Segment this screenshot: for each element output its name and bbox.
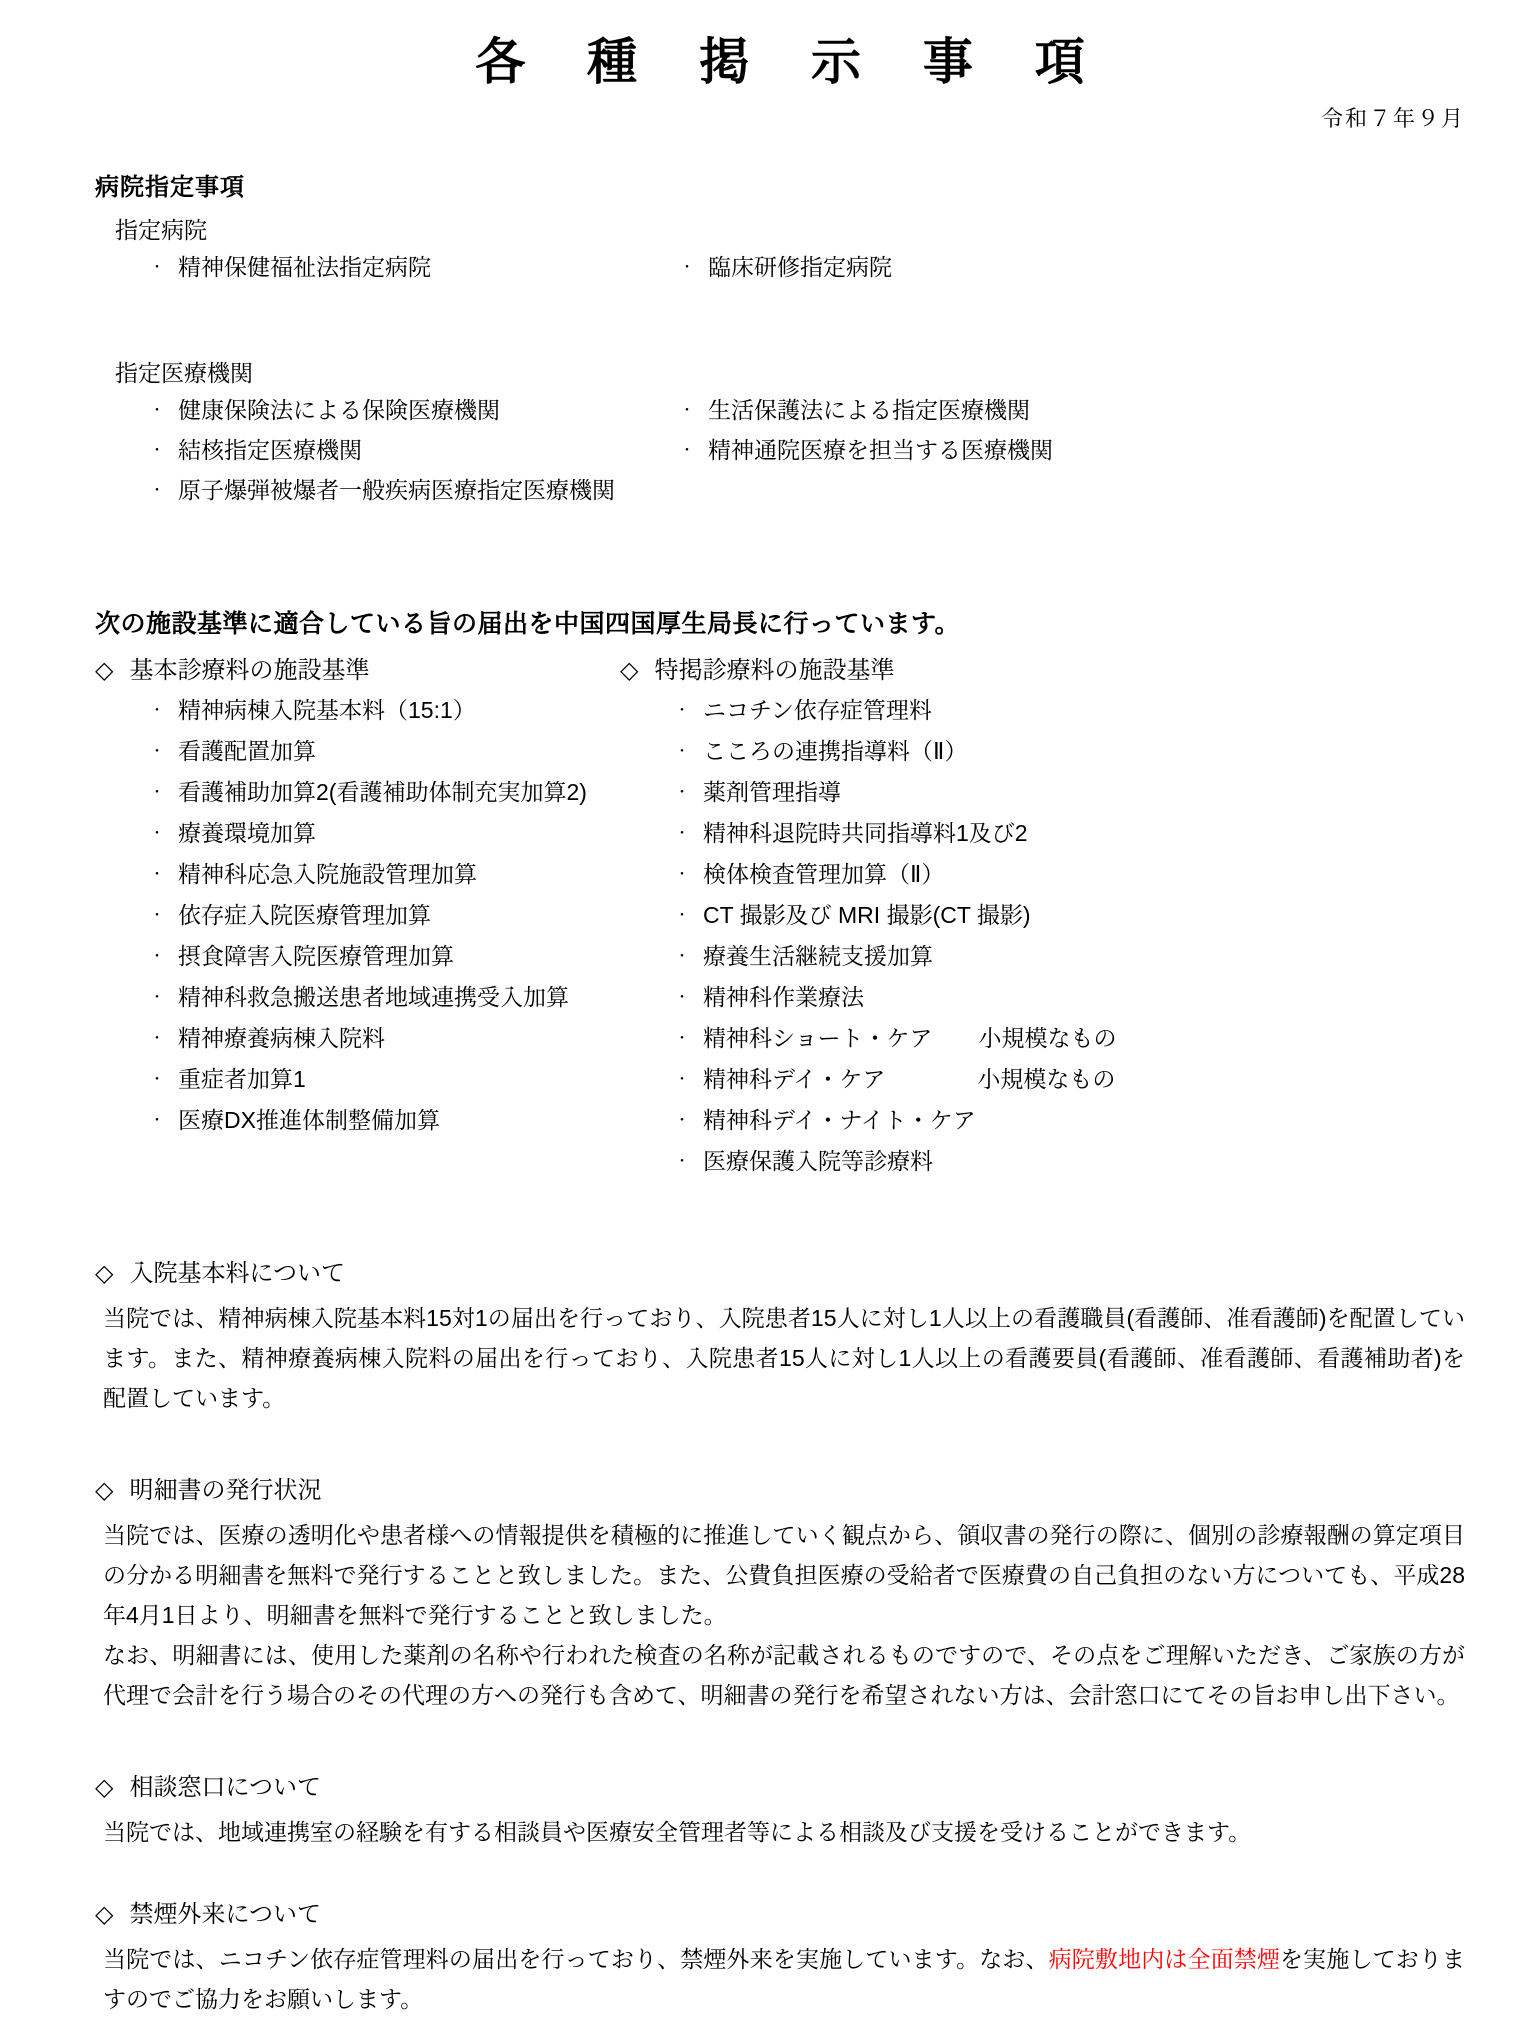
bullet-icon: ・ bbox=[680, 432, 694, 469]
bullet-icon: ・ bbox=[675, 691, 689, 729]
list-item-label: 療養生活継続支援加算 bbox=[703, 937, 933, 975]
no-smoking-heading: ◇ 禁煙外来について bbox=[95, 1894, 1465, 1929]
list-item-label: 薬剤管理指導 bbox=[703, 773, 841, 811]
bullet-icon: ・ bbox=[150, 691, 164, 729]
bullet-icon: ・ bbox=[675, 1019, 689, 1057]
list-item: ・ 原子爆弾被爆者一般疾病医療指定医療機関 bbox=[133, 472, 663, 512]
list-item: ・ 精神保健福祉法指定病院 bbox=[133, 249, 663, 289]
list-item-label: 精神科退院時共同指導料1及び2 bbox=[703, 814, 1028, 852]
no-smoking-body-highlight: 病院敷地内は全面禁煙 bbox=[1049, 1946, 1280, 1972]
bullet-icon: ・ bbox=[675, 1060, 689, 1098]
bullet-icon: ・ bbox=[150, 472, 164, 509]
consultation-desk-body: 当院では、地域連携室の経験を有する相談員や医療安全管理者等による相談及び支援を受… bbox=[95, 1812, 1465, 1852]
basic-standards-heading: ◇ 基本診療料の施設基準 bbox=[95, 650, 620, 685]
no-smoking-heading-label: 禁煙外来について bbox=[129, 1894, 321, 1929]
document-title: 各 種 掲 示 事 項 bbox=[95, 34, 1465, 92]
receipt-issuance-body-1: 当院では、医療の透明化や患者様への情報提供を積極的に推進していく観点から、領収書… bbox=[95, 1515, 1465, 1635]
list-item-label: 検体検査管理加算（Ⅱ） bbox=[703, 855, 944, 893]
list-item: ・療養環境加算 bbox=[95, 814, 620, 855]
list-item: ・看護配置加算 bbox=[95, 732, 620, 773]
admission-fee-heading: ◇ 入院基本料について bbox=[95, 1253, 1465, 1288]
no-smoking-body: 当院では、ニコチン依存症管理料の届出を行っており、禁煙外来を実施しています。なお… bbox=[95, 1939, 1465, 2019]
list-item: ・精神科作業療法 bbox=[620, 978, 1465, 1019]
document-page: 各 種 掲 示 事 項 令和７年９月 病院指定事項 指定病院 ・ 精神保健福祉法… bbox=[0, 0, 1515, 2039]
list-item-label: 精神科救急搬送患者地域連携受入加算 bbox=[178, 978, 569, 1016]
list-item-label: 精神科作業療法 bbox=[703, 978, 864, 1016]
bullet-icon: ・ bbox=[675, 855, 689, 893]
designated-hospital-left-column: ・ 精神保健福祉法指定病院 bbox=[133, 249, 663, 289]
bullet-icon: ・ bbox=[150, 773, 164, 811]
diamond-icon: ◇ bbox=[620, 656, 638, 685]
list-item: ・依存症入院医療管理加算 bbox=[95, 896, 620, 937]
no-smoking-body-before: 当院では、ニコチン依存症管理料の届出を行っており、禁煙外来を実施しています。なお… bbox=[103, 1946, 1049, 1972]
bullet-icon: ・ bbox=[150, 978, 164, 1016]
list-item-label: 看護補助加算2(看護補助体制充実加算2) bbox=[178, 773, 587, 811]
designated-institution-label: 指定医療機関 bbox=[95, 355, 1465, 388]
list-item: ・ 結核指定医療機関 bbox=[133, 432, 663, 472]
list-item-label: 精神通院医療を担当する医療機関 bbox=[708, 432, 1053, 469]
list-item: ・精神科退院時共同指導料1及び2 bbox=[620, 814, 1465, 855]
list-item-label: 健康保険法による保険医療機関 bbox=[178, 392, 500, 429]
list-item-label: 看護配置加算 bbox=[178, 732, 316, 770]
receipt-issuance-heading: ◇ 明細書の発行状況 bbox=[95, 1470, 1465, 1505]
receipt-issuance-body-2: なお、明細書には、使用した薬剤の名称や行われた検査の名称が記載されるものですので… bbox=[95, 1635, 1465, 1715]
admission-fee-body: 当院では、精神病棟入院基本料15対1の届出を行っており、入院患者15人に対し1人… bbox=[95, 1298, 1465, 1418]
list-item: ・精神科救急搬送患者地域連携受入加算 bbox=[95, 978, 620, 1019]
bullet-icon: ・ bbox=[675, 937, 689, 975]
list-item: ・精神病棟入院基本料（15:1） bbox=[95, 691, 620, 732]
list-item-label: 療養環境加算 bbox=[178, 814, 316, 852]
designated-institution-right-column: ・ 生活保護法による指定医療機関 ・ 精神通院医療を担当する医療機関 bbox=[663, 392, 1465, 472]
special-standards-heading: ◇ 特掲診療料の施設基準 bbox=[620, 650, 1465, 685]
basic-standards-list: ・精神病棟入院基本料（15:1） ・看護配置加算 ・看護補助加算2(看護補助体制… bbox=[95, 691, 620, 1142]
bullet-icon: ・ bbox=[150, 937, 164, 975]
list-item: ・医療保護入院等診療料 bbox=[620, 1142, 1465, 1183]
facility-standards-lists: ・精神病棟入院基本料（15:1） ・看護配置加算 ・看護補助加算2(看護補助体制… bbox=[95, 691, 1465, 1183]
bullet-icon: ・ bbox=[150, 855, 164, 893]
section-consultation-desk: ◇ 相談窓口について 当院では、地域連携室の経験を有する相談員や医療安全管理者等… bbox=[95, 1767, 1465, 1852]
list-item: ・看護補助加算2(看護補助体制充実加算2) bbox=[95, 773, 620, 814]
list-item-label: ニコチン依存症管理料 bbox=[703, 691, 932, 729]
bullet-icon: ・ bbox=[150, 1101, 164, 1139]
list-item: ・精神科デイ・ナイト・ケア bbox=[620, 1101, 1465, 1142]
list-item-label: 精神科デイ・ナイト・ケア bbox=[703, 1101, 976, 1139]
admission-fee-heading-label: 入院基本料について bbox=[129, 1253, 345, 1288]
list-item: ・精神科デイ・ケア 小規模なもの bbox=[620, 1060, 1465, 1101]
list-item-label: 生活保護法による指定医療機関 bbox=[708, 392, 1030, 429]
bullet-icon: ・ bbox=[675, 732, 689, 770]
list-item-label: CT 撮影及び MRI 撮影(CT 撮影) bbox=[703, 896, 1031, 934]
receipt-issuance-heading-label: 明細書の発行状況 bbox=[129, 1470, 321, 1505]
section-admission-fee: ◇ 入院基本料について 当院では、精神病棟入院基本料15対1の届出を行っており、… bbox=[95, 1253, 1465, 1418]
list-item: ・ 健康保険法による保険医療機関 bbox=[133, 392, 663, 432]
list-item: ・精神科ショート・ケア 小規模なもの bbox=[620, 1019, 1465, 1060]
list-item: ・精神療養病棟入院料 bbox=[95, 1019, 620, 1060]
bullet-icon: ・ bbox=[150, 392, 164, 429]
bullet-icon: ・ bbox=[150, 896, 164, 934]
bullet-icon: ・ bbox=[150, 1019, 164, 1057]
designated-institution-left-column: ・ 健康保険法による保険医療機関 ・ 結核指定医療機関 ・ 原子爆弾被爆者一般疾… bbox=[133, 392, 663, 512]
list-item: ・ニコチン依存症管理料 bbox=[620, 691, 1465, 732]
bullet-icon: ・ bbox=[150, 732, 164, 770]
diamond-icon: ◇ bbox=[95, 1900, 113, 1929]
list-item-label: 医療DX推進体制整備加算 bbox=[178, 1101, 440, 1139]
list-item-label: 摂食障害入院医療管理加算 bbox=[178, 937, 454, 975]
section-no-smoking-clinic: ◇ 禁煙外来について 当院では、ニコチン依存症管理料の届出を行っており、禁煙外来… bbox=[95, 1894, 1465, 2019]
bullet-icon: ・ bbox=[675, 1142, 689, 1180]
list-item-label: 重症者加算1 bbox=[178, 1060, 306, 1098]
facility-standards-headings: ◇ 基本診療料の施設基準 ◇ 特掲診療料の施設基準 bbox=[95, 650, 1465, 685]
list-item: ・精神科応急入院施設管理加算 bbox=[95, 855, 620, 896]
consultation-desk-heading-label: 相談窓口について bbox=[129, 1767, 321, 1802]
basic-standards-heading-label: 基本診療料の施設基準 bbox=[129, 650, 369, 685]
bullet-icon: ・ bbox=[150, 1060, 164, 1098]
bullet-icon: ・ bbox=[680, 392, 694, 429]
bullet-icon: ・ bbox=[675, 896, 689, 934]
list-item: ・検体検査管理加算（Ⅱ） bbox=[620, 855, 1465, 896]
list-item: ・重症者加算1 bbox=[95, 1060, 620, 1101]
list-item-label: 精神科デイ・ケア 小規模なもの bbox=[703, 1060, 1115, 1098]
special-standards-list: ・ニコチン依存症管理料 ・こころの連携指導料（Ⅱ） ・薬剤管理指導 ・精神科退院… bbox=[620, 691, 1465, 1183]
bullet-icon: ・ bbox=[150, 249, 164, 286]
list-item-label: 結核指定医療機関 bbox=[178, 432, 362, 469]
consultation-desk-heading: ◇ 相談窓口について bbox=[95, 1767, 1465, 1802]
designated-hospital-list: ・ 精神保健福祉法指定病院 ・ 臨床研修指定病院 bbox=[95, 249, 1465, 289]
list-item-label: 依存症入院医療管理加算 bbox=[178, 896, 431, 934]
list-item: ・医療DX推進体制整備加算 bbox=[95, 1101, 620, 1142]
bullet-icon: ・ bbox=[675, 1101, 689, 1139]
document-date: 令和７年９月 bbox=[95, 102, 1465, 133]
list-item: ・こころの連携指導料（Ⅱ） bbox=[620, 732, 1465, 773]
diamond-icon: ◇ bbox=[95, 1773, 113, 1802]
diamond-icon: ◇ bbox=[95, 1259, 113, 1288]
bullet-icon: ・ bbox=[680, 249, 694, 286]
list-item: ・ 精神通院医療を担当する医療機関 bbox=[663, 432, 1465, 472]
diamond-icon: ◇ bbox=[95, 1476, 113, 1505]
diamond-icon: ◇ bbox=[95, 656, 113, 685]
list-item: ・CT 撮影及び MRI 撮影(CT 撮影) bbox=[620, 896, 1465, 937]
list-item-label: 臨床研修指定病院 bbox=[708, 249, 892, 286]
designated-institution-list: ・ 健康保険法による保険医療機関 ・ 結核指定医療機関 ・ 原子爆弾被爆者一般疾… bbox=[95, 392, 1465, 512]
bullet-icon: ・ bbox=[150, 814, 164, 852]
list-item-label: 精神科応急入院施設管理加算 bbox=[178, 855, 477, 893]
designated-hospital-label: 指定病院 bbox=[95, 212, 1465, 245]
list-item-label: 原子爆弾被爆者一般疾病医療指定医療機関 bbox=[178, 472, 615, 509]
list-item: ・ 生活保護法による指定医療機関 bbox=[663, 392, 1465, 432]
list-item: ・ 臨床研修指定病院 bbox=[663, 249, 1465, 289]
list-item: ・療養生活継続支援加算 bbox=[620, 937, 1465, 978]
bullet-icon: ・ bbox=[675, 814, 689, 852]
designated-hospital-right-column: ・ 臨床研修指定病院 bbox=[663, 249, 1465, 289]
list-item: ・摂食障害入院医療管理加算 bbox=[95, 937, 620, 978]
list-item-label: 精神療養病棟入院料 bbox=[178, 1019, 385, 1057]
notification-heading: 次の施設基準に適合している旨の届出を中国四国厚生局長に行っています。 bbox=[95, 604, 1465, 640]
designations-heading: 病院指定事項 bbox=[95, 167, 1465, 202]
bullet-icon: ・ bbox=[150, 432, 164, 469]
list-item-label: 医療保護入院等診療料 bbox=[703, 1142, 933, 1180]
list-item: ・薬剤管理指導 bbox=[620, 773, 1465, 814]
bullet-icon: ・ bbox=[675, 978, 689, 1016]
bullet-icon: ・ bbox=[675, 773, 689, 811]
special-standards-heading-label: 特掲診療料の施設基準 bbox=[654, 650, 894, 685]
list-item-label: こころの連携指導料（Ⅱ） bbox=[703, 732, 967, 770]
list-item-label: 精神保健福祉法指定病院 bbox=[178, 249, 431, 286]
section-receipt-issuance: ◇ 明細書の発行状況 当院では、医療の透明化や患者様への情報提供を積極的に推進し… bbox=[95, 1470, 1465, 1715]
list-item-label: 精神科ショート・ケア 小規模なもの bbox=[703, 1019, 1117, 1057]
list-item-label: 精神病棟入院基本料（15:1） bbox=[178, 691, 476, 729]
